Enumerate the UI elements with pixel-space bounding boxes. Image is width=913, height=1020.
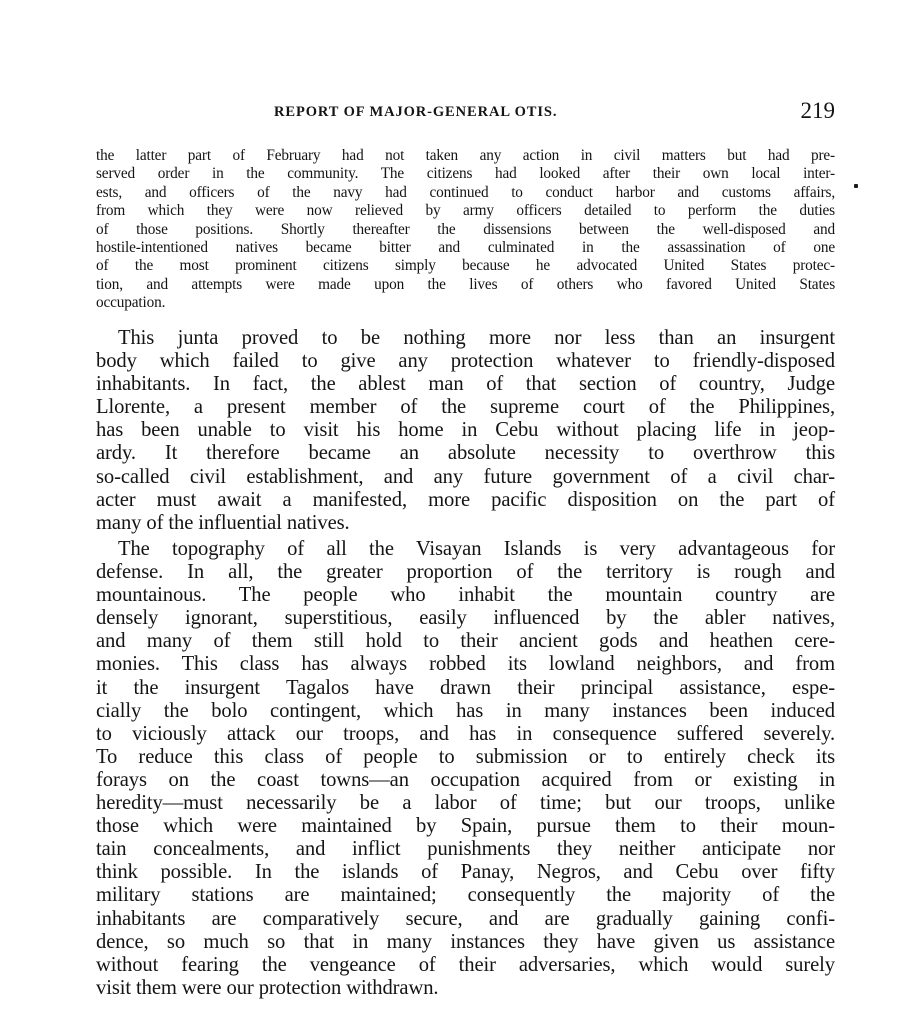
running-title: Report of Major-General Otis. [274, 104, 557, 121]
text-line: defense. In all, the greater proportion … [96, 561, 835, 584]
text-line: many of the influential natives. [96, 512, 835, 535]
text-line: dence, so much so that in many instances… [96, 931, 835, 954]
text-line: occupation. [96, 294, 835, 312]
text-line: tion, and attempts were made upon the li… [96, 276, 835, 294]
text-line: To reduce this class of people to submis… [96, 746, 835, 769]
text-line: think possible. In the islands of Panay,… [96, 861, 835, 884]
text-line: forays on the coast towns—an occupation … [96, 769, 835, 792]
text-line: to viciously attack our troops, and has … [96, 723, 835, 746]
text-line: tain concealments, and inflict punishmen… [96, 838, 835, 861]
text-line: of those positions. Shortly thereafter t… [96, 221, 835, 239]
text-line: acter must await a manifested, more paci… [96, 489, 835, 512]
text-line: visit them were our protection withdrawn… [96, 977, 835, 1000]
text-line: cially the bolo contingent, which has in… [96, 700, 835, 723]
text-line: This junta proved to be nothing more nor… [96, 327, 835, 350]
text-line: those which were maintained by Spain, pu… [96, 815, 835, 838]
text-line: military stations are maintained; conseq… [96, 884, 835, 907]
text-line: mountainous. The people who inhabit the … [96, 584, 835, 607]
continued-paragraph: the latter part of February had not take… [96, 147, 835, 313]
text-line: has been unable to visit his home in Ceb… [96, 419, 835, 442]
text-line: ardy. It therefore became an absolute ne… [96, 442, 835, 465]
text-line: inhabitants. In fact, the ablest man of … [96, 373, 835, 396]
text-line: monies. This class has always robbed its… [96, 653, 835, 676]
paragraph-junta: This junta proved to be nothing more nor… [96, 327, 835, 535]
text-line: it the insurgent Tagalos have drawn thei… [96, 677, 835, 700]
text-line: Llorente, a present member of the suprem… [96, 396, 835, 419]
margin-speck [854, 184, 858, 188]
text-line: ests, and officers of the navy had conti… [96, 184, 835, 202]
text-line: of the most prominent citizens simply be… [96, 257, 835, 275]
text-line: the latter part of February had not take… [96, 147, 835, 165]
text-line: The topography of all the Visayan Island… [96, 538, 835, 561]
text-line: heredity—must necessarily be a labor of … [96, 792, 835, 815]
document-page: Report of Major-General Otis. 219 the la… [0, 0, 913, 1020]
text-line: body which failed to give any protection… [96, 350, 835, 373]
text-line: densely ignorant, superstitious, easily … [96, 607, 835, 630]
text-line: hostile-intentioned natives became bitte… [96, 239, 835, 257]
page-number: 219 [801, 98, 836, 124]
text-line: served order in the community. The citiz… [96, 165, 835, 183]
text-line: without fearing the vengeance of their a… [96, 954, 835, 977]
text-line: from which they were now relieved by arm… [96, 202, 835, 220]
running-head: Report of Major-General Otis. 219 [96, 98, 835, 124]
text-line: inhabitants are comparatively secure, an… [96, 908, 835, 931]
text-line: so-called civil establishment, and any f… [96, 466, 835, 489]
paragraph-topography: The topography of all the Visayan Island… [96, 538, 835, 1000]
text-line: and many of them still hold to their anc… [96, 630, 835, 653]
